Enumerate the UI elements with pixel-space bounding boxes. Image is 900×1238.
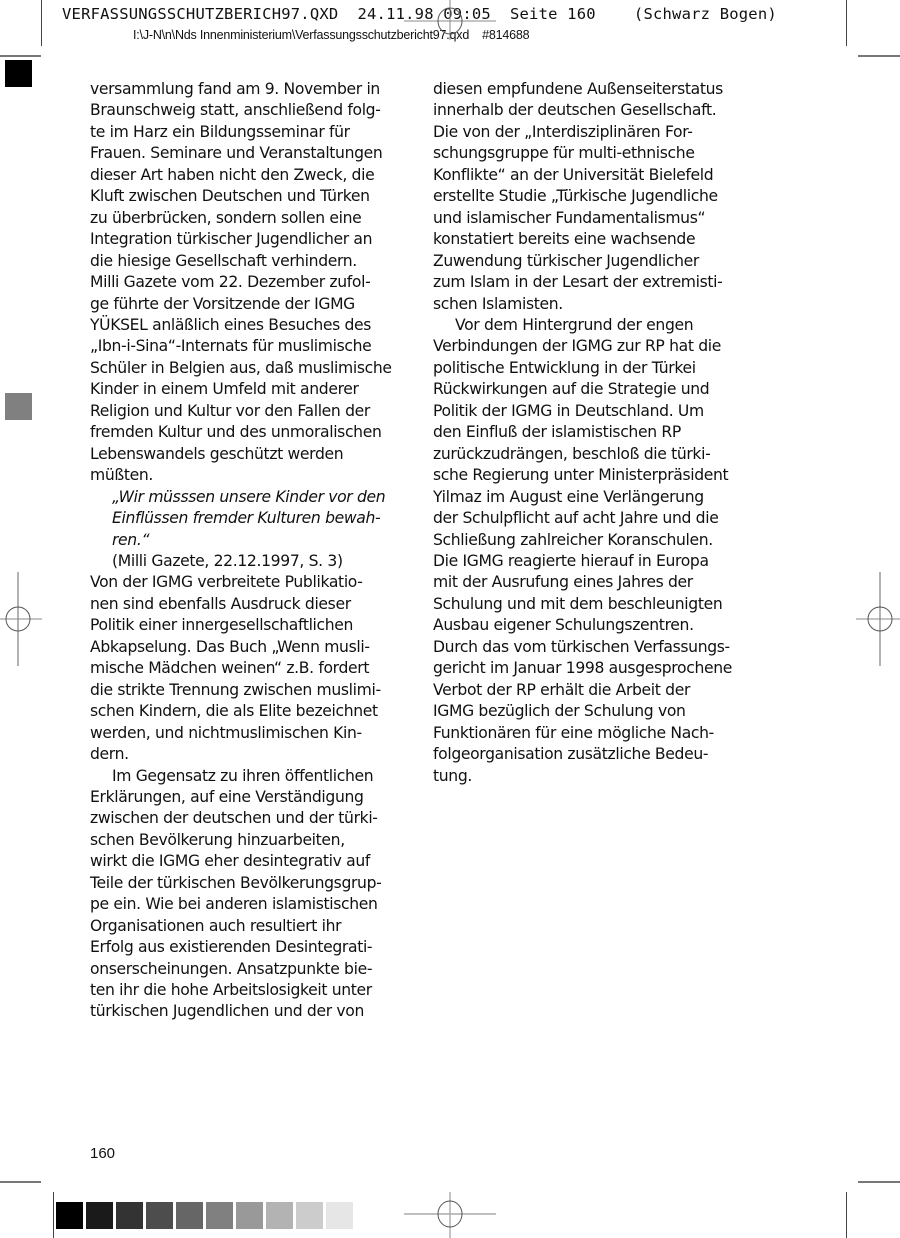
crop-mark-bottom-right-horizontal bbox=[858, 1181, 900, 1183]
left-column: versammlung fand am 9. November in Braun… bbox=[90, 79, 410, 1023]
text-line: Politik der IGMG in Deutschland. Um bbox=[433, 401, 753, 422]
text-line: gericht im Januar 1998 ausgesprochene bbox=[433, 658, 753, 679]
text-line: der Schulpflicht auf acht Jahre und die bbox=[433, 508, 753, 529]
text-line: ge führte der Vorsitzende der IGMG bbox=[90, 294, 410, 315]
text-line: Milli Gazete vom 22. Dezember zufol- bbox=[90, 272, 410, 293]
text-line: Vor dem Hintergrund der engen bbox=[433, 315, 753, 336]
text-line: schungsgruppe für multi-ethnische bbox=[433, 143, 753, 164]
right-paragraph-2: Vor dem Hintergrund der engen Verbindung… bbox=[433, 315, 753, 787]
text-line: Schulung und mit dem beschleunigten bbox=[433, 594, 753, 615]
registration-mark-top bbox=[404, 0, 496, 40]
page-number: 160 bbox=[90, 1145, 115, 1162]
quote-line: Einflüssen fremder Kulturen bewah- bbox=[112, 508, 410, 529]
text-line: dern. bbox=[90, 744, 410, 765]
quote-source: (Milli Gazete, 22.12.1997, S. 3) bbox=[90, 551, 410, 572]
right-paragraph-1: diesen empfundene Außenseiterstatus inne… bbox=[433, 79, 753, 315]
text-line: pe ein. Wie bei anderen islamistischen bbox=[90, 894, 410, 915]
text-line: Konflikte“ an der Universität Bielefeld bbox=[433, 165, 753, 186]
crop-mark-top-right-horizontal bbox=[858, 55, 900, 57]
gray-swatch bbox=[206, 1202, 233, 1229]
text-line: dieser Art haben nicht den Zweck, die bbox=[90, 165, 410, 186]
gray-swatch bbox=[326, 1202, 353, 1229]
text-line: konstatiert bereits eine wachsende bbox=[433, 229, 753, 250]
text-line: Zuwendung türkischer Jugendlicher bbox=[433, 251, 753, 272]
block-quote: „Wir müsssen unsere Kinder vor den Einfl… bbox=[90, 487, 410, 551]
text-line: schen Bevölkerung hinzuarbeiten, bbox=[90, 830, 410, 851]
text-line: tung. bbox=[433, 766, 753, 787]
text-line: Ausbau eigener Schulungszentren. bbox=[433, 615, 753, 636]
text-line: diesen empfundene Außenseiterstatus bbox=[433, 79, 753, 100]
text-line: te im Harz ein Bildungsseminar für bbox=[90, 122, 410, 143]
text-line: Die von der „Interdisziplinären For- bbox=[433, 122, 753, 143]
text-line: erstellte Studie „Türkische Jugendliche bbox=[433, 186, 753, 207]
gray-swatch bbox=[116, 1202, 143, 1229]
crop-mark-bottom-right-vertical bbox=[846, 1192, 847, 1238]
gray-swatch bbox=[86, 1202, 113, 1229]
gray-swatch bbox=[56, 1202, 83, 1229]
left-paragraph-1: versammlung fand am 9. November in Braun… bbox=[90, 79, 410, 487]
text-line: Von der IGMG verbreitete Publikatio- bbox=[90, 572, 410, 593]
gray-swatch bbox=[296, 1202, 323, 1229]
text-line: Politik einer innergesellschaftlichen bbox=[90, 615, 410, 636]
text-line: den Einfluß der islamistischen RP bbox=[433, 422, 753, 443]
text-line: Religion und Kultur vor den Fallen der bbox=[90, 401, 410, 422]
text-line: Erklärungen, auf eine Verständigung bbox=[90, 787, 410, 808]
grayscale-calibration-bar bbox=[56, 1202, 353, 1229]
text-line: schen Islamisten. bbox=[433, 294, 753, 315]
text-line: schen Kindern, die als Elite bezeichnet bbox=[90, 701, 410, 722]
text-line: Durch das vom türkischen Verfassungs- bbox=[433, 637, 753, 658]
text-line: Kinder in einem Umfeld mit anderer bbox=[90, 379, 410, 400]
text-line: die strikte Trennung zwischen muslimi- bbox=[90, 680, 410, 701]
text-line: und islamischer Fundamentalismus“ bbox=[433, 208, 753, 229]
quote-line: ren.“ bbox=[112, 530, 410, 551]
text-line: folgeorganisation zusätzliche Bedeu- bbox=[433, 744, 753, 765]
crop-mark-bottom-left-horizontal bbox=[0, 1181, 41, 1183]
text-line: Organisationen auch resultiert ihr bbox=[90, 916, 410, 937]
text-line: YÜKSEL anläßlich eines Besuches des bbox=[90, 315, 410, 336]
gray-swatch bbox=[266, 1202, 293, 1229]
text-line: „Ibn-i-Sina“-Internats für muslimische bbox=[90, 336, 410, 357]
left-paragraph-3: Im Gegensatz zu ihren öffentlichen Erklä… bbox=[90, 766, 410, 1023]
text-line: nen sind ebenfalls Ausdruck dieser bbox=[90, 594, 410, 615]
text-line: mit der Ausrufung eines Jahres der bbox=[433, 572, 753, 593]
text-line: Kluft zwischen Deutschen und Türken bbox=[90, 186, 410, 207]
text-line: müßten. bbox=[90, 465, 410, 486]
left-paragraph-2: Von der IGMG verbreitete Publikatio- nen… bbox=[90, 572, 410, 765]
text-line: Schüler in Belgien aus, daß muslimische bbox=[90, 358, 410, 379]
gray-swatch bbox=[176, 1202, 203, 1229]
text-line: innerhalb der deutschen Gesellschaft. bbox=[433, 100, 753, 121]
text-line: politische Entwicklung in der Türkei bbox=[433, 358, 753, 379]
text-line: zwischen der deutschen und der türki- bbox=[90, 808, 410, 829]
text-line: mische Mädchen weinen“ z.B. fordert bbox=[90, 658, 410, 679]
text-line: zu überbrücken, sondern sollen eine bbox=[90, 208, 410, 229]
text-line: Braunschweig statt, anschließend folg- bbox=[90, 100, 410, 121]
registration-mark-left bbox=[0, 572, 44, 666]
text-line: Integration türkischer Jugendlicher an bbox=[90, 229, 410, 250]
gray-swatch bbox=[146, 1202, 173, 1229]
text-line: ten ihr die hohe Arbeitslosigkeit unter bbox=[90, 980, 410, 1001]
crop-mark-top-right-vertical bbox=[846, 0, 847, 46]
text-line: wirkt die IGMG eher desintegrativ auf bbox=[90, 851, 410, 872]
text-line: Lebenswandels geschützt werden bbox=[90, 444, 410, 465]
text-line: fremden Kultur und des unmoralischen bbox=[90, 422, 410, 443]
text-line: zurückzudrängen, beschloß die türki- bbox=[433, 444, 753, 465]
text-line: Verbot der RP erhält die Arbeit der bbox=[433, 680, 753, 701]
registration-mark-right bbox=[856, 572, 900, 666]
text-line: Rückwirkungen auf die Strategie und bbox=[433, 379, 753, 400]
black-marker-square bbox=[5, 60, 32, 87]
text-line: Schließung zahlreicher Koranschulen. bbox=[433, 530, 753, 551]
text-line: türkischen Jugendlichen und der von bbox=[90, 1001, 410, 1022]
text-line: Die IGMG reagierte hierauf in Europa bbox=[433, 551, 753, 572]
crop-mark-bottom-left-vertical bbox=[53, 1192, 54, 1238]
text-line: Frauen. Seminare und Veranstaltungen bbox=[90, 143, 410, 164]
text-line: zum Islam in der Lesart der extremisti- bbox=[433, 272, 753, 293]
gray-marker-square bbox=[5, 393, 32, 420]
text-line: Verbindungen der IGMG zur RP hat die bbox=[433, 336, 753, 357]
text-line: sche Regierung unter Ministerpräsident bbox=[433, 465, 753, 486]
crop-mark-top-left-horizontal bbox=[0, 55, 41, 57]
text-line: Funktionären für eine mögliche Nach- bbox=[433, 723, 753, 744]
registration-mark-bottom bbox=[404, 1192, 496, 1238]
text-line: Im Gegensatz zu ihren öffentlichen bbox=[90, 766, 410, 787]
text-line: Yilmaz im August eine Verlängerung bbox=[433, 487, 753, 508]
text-line: Teile der türkischen Bevölkerungsgrup- bbox=[90, 873, 410, 894]
text-line: werden, und nichtmuslimischen Kin- bbox=[90, 723, 410, 744]
source-line: (Milli Gazete, 22.12.1997, S. 3) bbox=[112, 551, 410, 572]
quote-line: „Wir müsssen unsere Kinder vor den bbox=[112, 487, 410, 508]
text-line: versammlung fand am 9. November in bbox=[90, 79, 410, 100]
right-column: diesen empfundene Außenseiterstatus inne… bbox=[433, 79, 753, 787]
text-line: die hiesige Gesellschaft verhindern. bbox=[90, 251, 410, 272]
crop-mark-top-left-vertical bbox=[41, 0, 42, 46]
text-line: onserscheinungen. Ansatzpunkte bie- bbox=[90, 959, 410, 980]
text-line: IGMG bezüglich der Schulung von bbox=[433, 701, 753, 722]
text-line: Erfolg aus existierenden Desintegrati- bbox=[90, 937, 410, 958]
text-line: Abkapselung. Das Buch „Wenn musli- bbox=[90, 637, 410, 658]
gray-swatch bbox=[236, 1202, 263, 1229]
